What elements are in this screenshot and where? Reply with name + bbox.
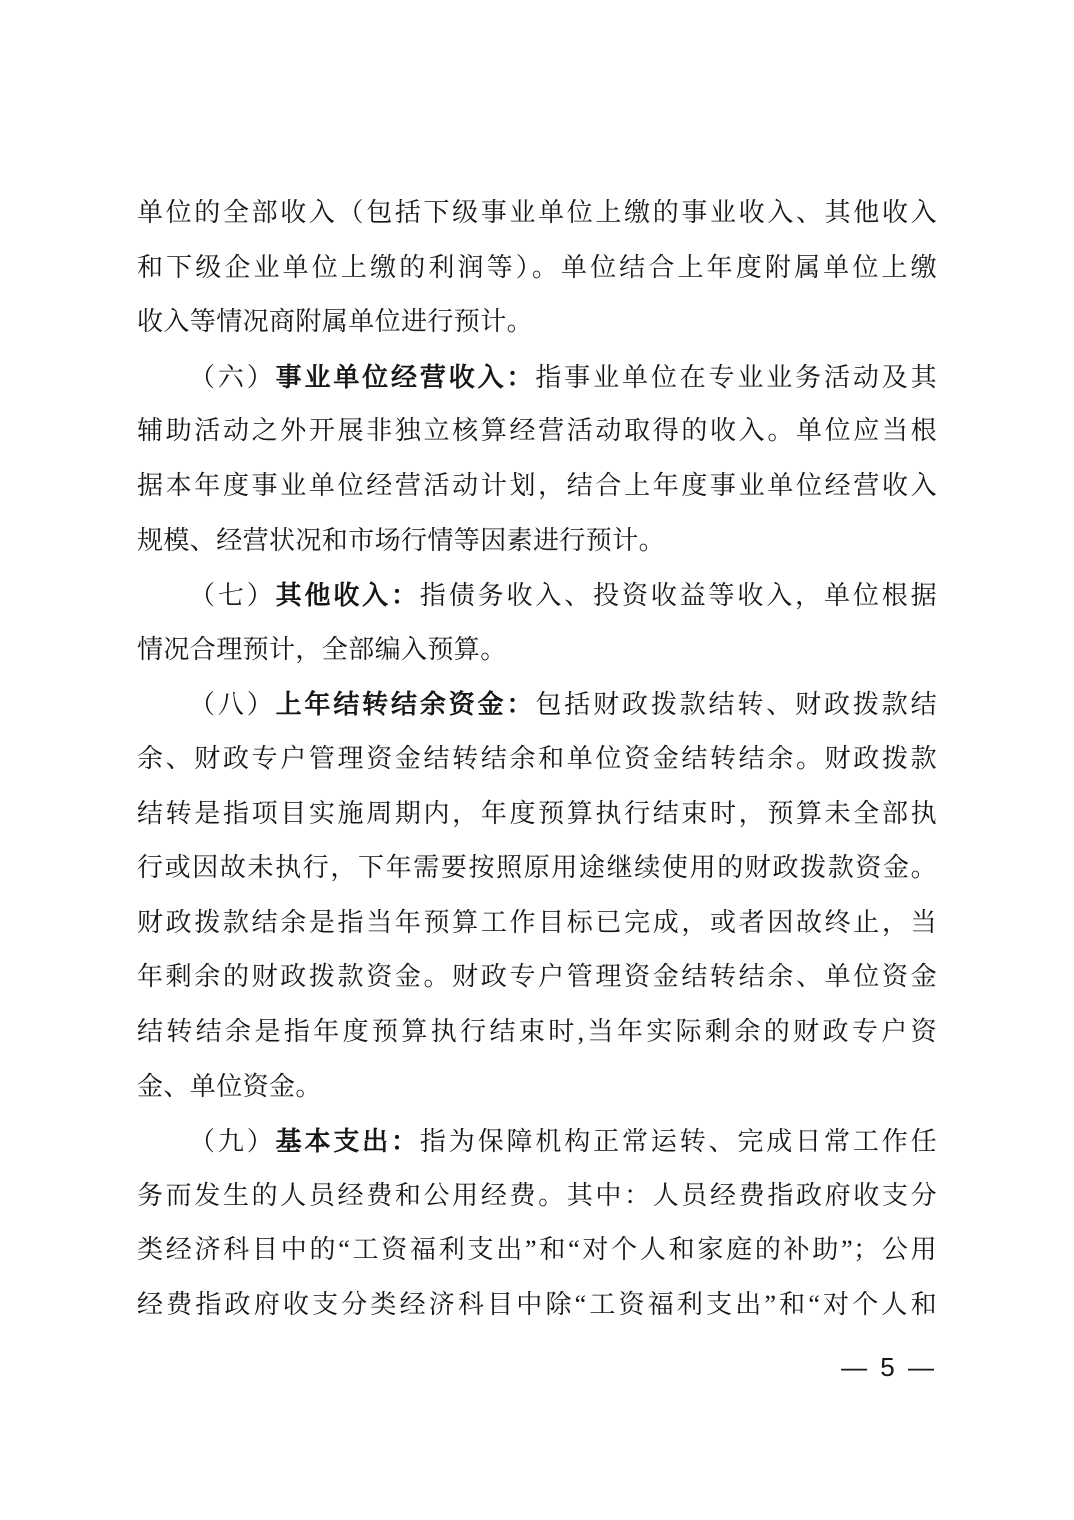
text-line: （六）事业单位经营收入：指事业单位在专业业务活动及其: [137, 350, 937, 405]
text-segment: 指为保障机构正常运转、完成日常工作任: [420, 1127, 937, 1156]
text-line: 金、单位资金。: [137, 1060, 937, 1115]
text-line: （九）基本支出：指为保障机构正常运转、完成日常工作任: [137, 1114, 937, 1169]
text-segment: 和下级企业单位上缴的利润等）。单位结合上年度附属单位上缴: [137, 253, 937, 282]
text-line: 单位的全部收入（包括下级事业单位上缴的事业收入、其他收入: [137, 186, 937, 241]
text-line: 据本年度事业单位经营活动计划，结合上年度事业单位经营收入: [137, 459, 937, 514]
bold-term: 事业单位经营收入：: [276, 362, 536, 392]
text-segment: （七）: [189, 581, 276, 610]
bold-term: 基本支出：: [276, 1126, 420, 1156]
text-line: 类经济科目中的“工资福利支出”和“对个人和家庭的补助”；公用: [137, 1223, 937, 1278]
text-line: 经费指政府收支分类经济科目中除“工资福利支出”和“对个人和: [137, 1278, 937, 1333]
text-line: 结转是指项目实施周期内，年度预算执行结束时，预算未全部执: [137, 787, 937, 842]
text-segment: （九）: [189, 1127, 276, 1156]
text-line: 辅助活动之外开展非独立核算经营活动取得的收入。单位应当根: [137, 404, 937, 459]
text-segment: 辅助活动之外开展非独立核算经营活动取得的收入。单位应当根: [137, 416, 937, 445]
text-segment: 年剩余的财政拨款资金。财政专户管理资金结转结余、单位资金: [137, 962, 937, 991]
text-line: 规模、经营状况和市场行情等因素进行预计。: [137, 514, 937, 569]
text-segment: 类经济科目中的“工资福利支出”和“对个人和家庭的补助”；公用: [137, 1235, 937, 1264]
page-number: — 5 —: [137, 1352, 937, 1383]
text-segment: 行或因故未执行，下年需要按照原用途继续使用的财政拨款资金。: [137, 853, 937, 882]
text-line: （八）上年结转结余资金：包括财政拨款结转、财政拨款结: [137, 677, 937, 732]
text-segment: 财政拨款结余是指当年预算工作目标已完成，或者因故终止，当: [137, 908, 937, 937]
text-line: 收入等情况商附属单位进行预计。: [137, 295, 937, 350]
text-line: 行或因故未执行，下年需要按照原用途继续使用的财政拨款资金。: [137, 841, 937, 896]
text-line: 结转结余是指年度预算执行结束时,当年实际剩余的财政专户资: [137, 1005, 937, 1060]
text-segment: 结转是指项目实施周期内，年度预算执行结束时，预算未全部执: [137, 799, 937, 828]
text-line: 财政拨款结余是指当年预算工作目标已完成，或者因故终止，当: [137, 896, 937, 951]
text-line: （七）其他收入：指债务收入、投资收益等收入，单位根据: [137, 568, 937, 623]
text-segment: 余、财政专户管理资金结转结余和单位资金结转结余。财政拨款: [137, 744, 937, 773]
text-segment: 务而发生的人员经费和公用经费。其中：人员经费指政府收支分: [137, 1181, 937, 1210]
document-body: 单位的全部收入（包括下级事业单位上缴的事业收入、其他收入和下级企业单位上缴的利润…: [137, 186, 937, 1332]
text-line: 情况合理预计，全部编入预算。: [137, 623, 937, 678]
text-line: 年剩余的财政拨款资金。财政专户管理资金结转结余、单位资金: [137, 950, 937, 1005]
text-line: 余、财政专户管理资金结转结余和单位资金结转结余。财政拨款: [137, 732, 937, 787]
text-segment: （六）: [189, 363, 276, 392]
text-segment: 收入等情况商附属单位进行预计。: [137, 307, 533, 336]
text-segment: 包括财政拨款结转、财政拨款结: [535, 690, 937, 719]
document-page: 单位的全部收入（包括下级事业单位上缴的事业收入、其他收入和下级企业单位上缴的利润…: [0, 0, 1074, 1520]
text-segment: 单位的全部收入（包括下级事业单位上缴的事业收入、其他收入: [137, 198, 937, 227]
text-segment: 规模、经营状况和市场行情等因素进行预计。: [137, 526, 665, 555]
text-line: 务而发生的人员经费和公用经费。其中：人员经费指政府收支分: [137, 1169, 937, 1224]
text-segment: 经费指政府收支分类经济科目中除“工资福利支出”和“对个人和: [137, 1290, 937, 1319]
text-segment: （八）: [189, 690, 276, 719]
text-segment: 指债务收入、投资收益等收入，单位根据: [420, 581, 937, 610]
bold-term: 上年结转结余资金：: [276, 689, 536, 719]
text-segment: 结转结余是指年度预算执行结束时,当年实际剩余的财政专户资: [137, 1017, 937, 1046]
text-line: 和下级企业单位上缴的利润等）。单位结合上年度附属单位上缴: [137, 241, 937, 296]
text-segment: 情况合理预计，全部编入预算。: [137, 635, 507, 664]
text-segment: 指事业单位在专业业务活动及其: [535, 363, 937, 392]
bold-term: 其他收入：: [276, 580, 420, 610]
text-segment: 金、单位资金。: [137, 1072, 322, 1101]
text-segment: 据本年度事业单位经营活动计划，结合上年度事业单位经营收入: [137, 471, 937, 500]
